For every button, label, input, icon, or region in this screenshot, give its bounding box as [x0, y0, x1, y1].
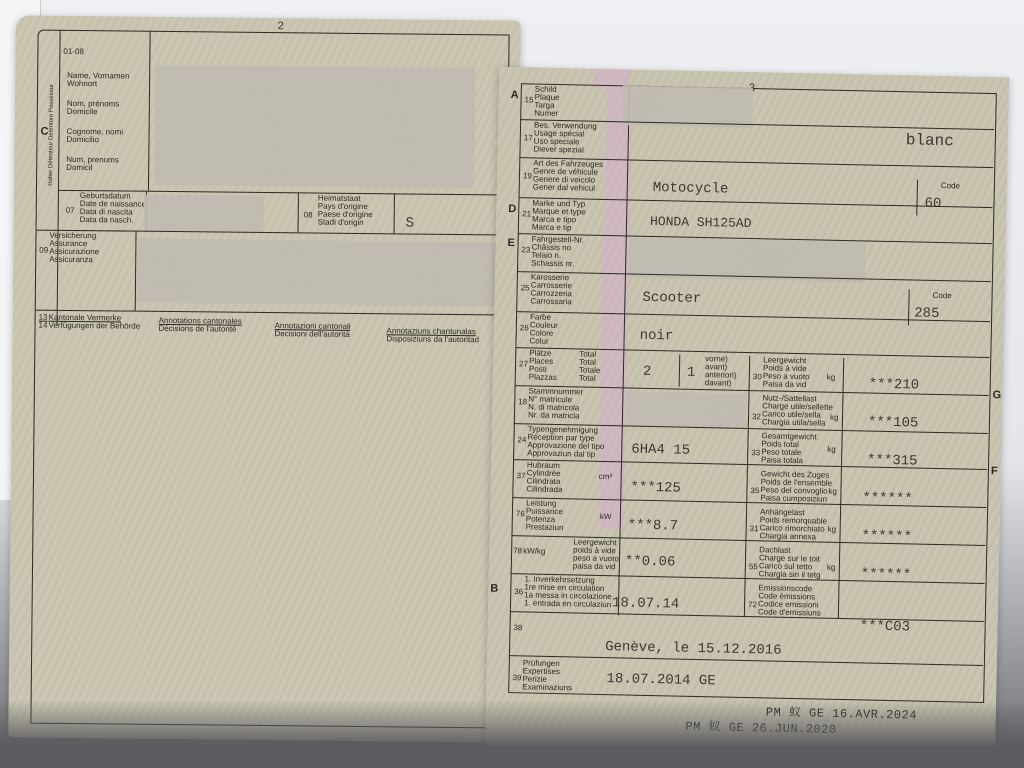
- payload-value: ***105: [868, 415, 919, 432]
- right-page: 3 A D E B G F 15 Schild Plaque Targa Num…: [485, 67, 1009, 768]
- inspection-value: 18.07.2014 GE: [606, 671, 716, 689]
- field-number: 38: [513, 623, 522, 632]
- unit-label: kg: [827, 446, 836, 455]
- field-label: Cilindrada: [526, 485, 562, 494]
- field-label: Nr. da matricla: [528, 411, 580, 421]
- first-registration-value: 18.07.14: [612, 595, 680, 612]
- field-number: 76: [516, 509, 525, 518]
- field-label: Code d'emissiuns: [758, 608, 821, 618]
- field-number: 36: [514, 587, 523, 596]
- field-number: 18: [518, 397, 527, 406]
- field-label: Numer: [534, 109, 558, 118]
- page-number: 2: [278, 20, 284, 32]
- field-number: 39: [512, 673, 521, 682]
- annotation-heading: Décisions de l'autorité: [158, 325, 236, 334]
- field-label: Diever spezial: [533, 145, 583, 155]
- field-number: 31: [750, 524, 759, 533]
- roof-load-value: ******: [861, 566, 912, 583]
- field-label: Stadi d'origin: [318, 219, 364, 228]
- code-label: Code: [932, 292, 951, 301]
- section-letter: F: [991, 465, 998, 477]
- color-value: noir: [640, 328, 674, 345]
- field-label: Prestaziun: [526, 523, 564, 532]
- field-label: Wohnort: [67, 80, 97, 89]
- field-label: Colur: [529, 337, 548, 346]
- field-label: Marca e tip: [532, 223, 572, 232]
- field-number: 35: [750, 486, 759, 495]
- section-letter: D: [508, 203, 516, 215]
- towing-weight-value: ******: [861, 528, 912, 545]
- field-number: 26: [520, 323, 529, 332]
- section-letter: E: [507, 237, 515, 249]
- field-number: 07: [66, 206, 75, 215]
- type-approval-value: 6HA4 15: [631, 442, 690, 459]
- section-letter: C: [41, 126, 49, 138]
- field-label: Chargia utila/sella: [762, 418, 826, 428]
- holder-vertical-label: Halter Détenteur Detentore Possessur: [48, 84, 55, 186]
- train-weight-value: ******: [862, 490, 913, 507]
- displacement-value: ***125: [630, 480, 681, 497]
- field-number: 08: [304, 210, 313, 219]
- unit-label: kW: [600, 513, 612, 522]
- field-number: 55: [749, 562, 758, 571]
- unit-label: kg: [827, 374, 836, 383]
- field-number: 19: [523, 171, 532, 180]
- field-label: Paisa da vid: [763, 380, 807, 389]
- unit-label: kg: [828, 488, 837, 497]
- field-label: Domicil: [66, 164, 92, 173]
- field-number: 32: [752, 412, 761, 421]
- field-number: 33: [751, 448, 760, 457]
- table-shadow: [0, 700, 1024, 768]
- vehicle-type-code: 60: [924, 196, 941, 212]
- section-letter: A: [511, 89, 519, 101]
- field-number: 09: [39, 246, 48, 255]
- field-number: 01-08: [63, 48, 84, 57]
- field-number: 23: [521, 245, 530, 254]
- field-number: 15: [525, 95, 534, 104]
- field-number: 21: [522, 209, 531, 218]
- field-label: Assicuranza: [49, 256, 93, 265]
- field-number: 17: [524, 133, 533, 142]
- annotation-heading: Disposiziuns da l'autoritad: [386, 335, 479, 344]
- power-value: ***8.7: [628, 518, 679, 535]
- section-letter: G: [992, 389, 1001, 401]
- unit-label: kg: [827, 564, 836, 573]
- empty-weight-value: ***210: [869, 377, 920, 394]
- seats-total-value: 2: [643, 364, 652, 380]
- field-number: 78: [513, 547, 522, 556]
- annotation-heading: Decisioni dell'autorità: [274, 330, 349, 339]
- total-weight-value: ***315: [867, 453, 918, 470]
- field-label: Total: [579, 374, 596, 383]
- field-label: Plazzas: [529, 373, 557, 382]
- seats-front-value: 1: [687, 365, 696, 381]
- body-type-value: Scooter: [642, 290, 701, 307]
- field-label: Schassis nr.: [531, 259, 574, 268]
- field-label: Chargia sin il tetg: [759, 570, 821, 580]
- field-number: 30: [753, 372, 762, 381]
- power-to-weight-value: **0.06: [625, 553, 676, 570]
- field-label: Examinaziuns: [522, 683, 572, 693]
- special-use-value: blanc: [906, 131, 954, 150]
- field-label: Domicilio: [66, 136, 99, 145]
- code-label: Code: [941, 182, 960, 191]
- field-number: 27: [519, 359, 528, 368]
- field-number: 72: [748, 600, 757, 609]
- vehicle-type-value: Motocycle: [653, 180, 729, 198]
- emission-code-value: ***C03: [859, 618, 910, 635]
- field-number: 24: [517, 435, 526, 444]
- redacted-insurance: [137, 239, 518, 307]
- annotation-heading: Verfügungen der Behörde: [48, 322, 140, 331]
- field-label: Carrossaria: [530, 297, 572, 306]
- field-label: Paisa cumposiziun: [760, 494, 827, 504]
- redacted-holder-name: [154, 65, 475, 188]
- field-label: Domicile: [67, 108, 98, 117]
- field-number: 37: [517, 471, 526, 480]
- unit-label: kg: [830, 414, 839, 423]
- field-label: Approvaziun dal tip: [527, 449, 595, 459]
- section-letter: B: [490, 583, 498, 595]
- redacted-matricule: [626, 391, 747, 428]
- field-label: Gener dal vehicul: [533, 183, 595, 193]
- country-of-origin-value: S: [406, 215, 415, 231]
- field-label: Paisa totala: [761, 456, 803, 465]
- left-page: 2 C Halter Détenteur Detentore Possessur…: [8, 15, 521, 742]
- unit-label: kg: [828, 526, 837, 535]
- redacted-birthdate: [144, 195, 264, 232]
- field-label: Chargia annexa: [759, 532, 816, 542]
- field-number: 14: [38, 322, 47, 331]
- field-label: Data da nasch.: [80, 216, 134, 225]
- unit-label: kW/kg: [523, 547, 545, 556]
- field-number: 25: [521, 283, 530, 292]
- field-label: 1. entrada en circulaziun: [524, 599, 611, 609]
- field-label: paisa da vid: [573, 562, 616, 571]
- field-label: davant): [705, 379, 732, 388]
- unit-label: cm³: [599, 473, 613, 482]
- make-model-value: HONDA SH125AD: [650, 214, 752, 231]
